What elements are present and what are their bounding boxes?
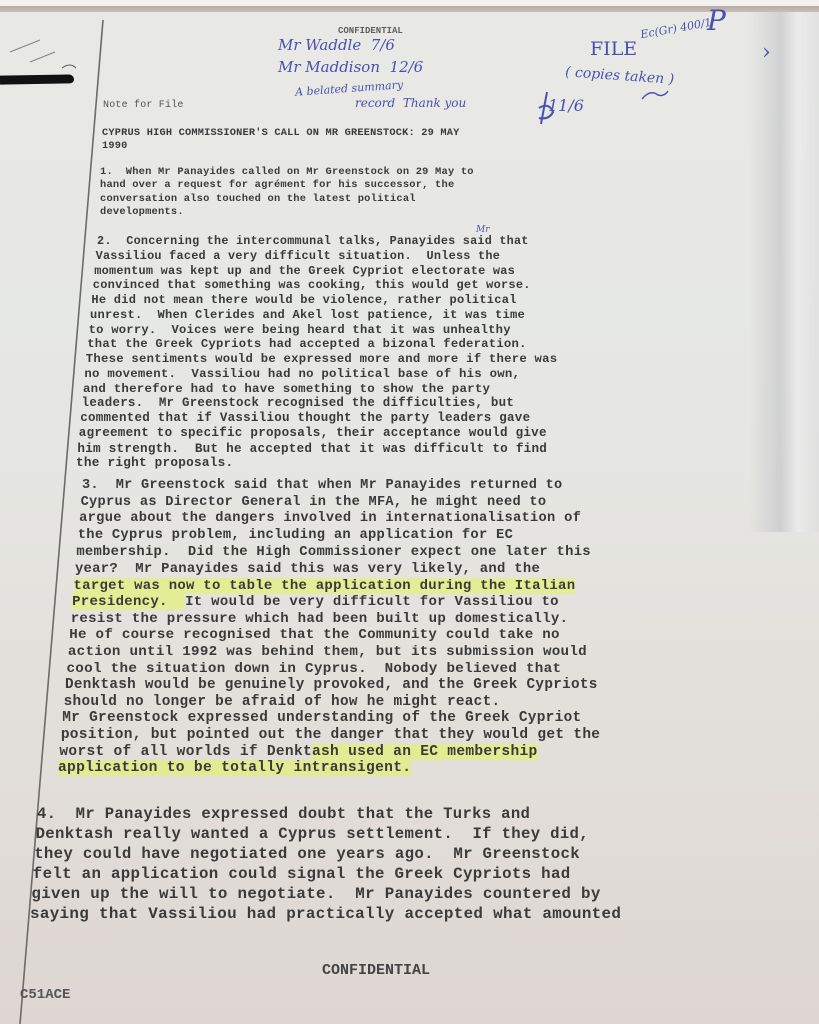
paragraph-2-line: Vassiliou faced a very difficult situati… xyxy=(96,249,500,263)
paragraph-1-line: 1. When Mr Panayides called on Mr Greens… xyxy=(100,166,474,178)
paragraph-3-line: 3. Mr Greenstock said that when Mr Panay… xyxy=(82,478,563,493)
paragraph-2-line: commented that if Vassiliou thought the … xyxy=(80,411,530,425)
black-marker-stroke xyxy=(0,74,74,84)
paragraph-3-line: year? Mr Panayides said this was very li… xyxy=(75,561,540,577)
handwritten-tick-icon xyxy=(640,85,670,105)
paragraph-2-line: agreement to specific proposals, their a… xyxy=(79,426,547,440)
paragraph-4-line: they could have negotiated one years ago… xyxy=(34,845,580,863)
paragraph-2-line: momentum was kept up and the Greek Cypri… xyxy=(94,264,515,278)
note-label: Note for File xyxy=(103,100,184,111)
paragraph-4-line: given up the will to negotiate. Mr Panay… xyxy=(31,885,600,903)
paragraph-3-line: He of course recognised that the Communi… xyxy=(69,627,560,643)
paragraph-4-line: felt an application could signal the Gre… xyxy=(33,865,571,883)
paragraph-3-line: position, but pointed out the danger tha… xyxy=(61,727,601,743)
handwritten-p-mark: P xyxy=(707,4,726,37)
handwritten-distribution-1: Mr Waddle 7/6 xyxy=(278,36,395,54)
paragraph-3-line: resist the pressure which had been built… xyxy=(71,611,569,627)
header-classification: CONFIDENTIAL xyxy=(338,26,403,36)
handwritten-file-mark: FILE xyxy=(590,38,637,60)
handwritten-note-2: record Thank you xyxy=(355,96,466,110)
paragraph-3-line: should no longer be afraid of how he mig… xyxy=(64,694,501,710)
paragraph-3-line: Cyprus as Director General in the MFA, h… xyxy=(81,495,547,510)
paragraph-2-line: the right proposals. xyxy=(76,455,233,470)
paragraph-4-line: Denktash really wanted a Cyprus settleme… xyxy=(36,825,589,843)
paragraph-3-line: worst of all worlds if Denktash used an … xyxy=(59,744,537,760)
paragraph-4-line: 4. Mr Panayides expressed doubt that the… xyxy=(37,805,530,823)
highlighted-text: target was now to table the application … xyxy=(74,578,576,594)
paragraph-3-line: action until 1992 was behind them, but i… xyxy=(68,644,587,660)
paragraph-2-line: and therefore had to have something to s… xyxy=(83,382,490,396)
paragraph-3-line: Presidency. It would be very difficult f… xyxy=(72,594,559,610)
paragraph-3-line: cool the situation down in Cyprus. Nobod… xyxy=(66,661,561,677)
highlighted-text: application to be totally intransigent. xyxy=(58,760,411,776)
paragraph-1-line: developments. xyxy=(100,206,184,218)
highlighted-text: ash used an EC membership xyxy=(312,744,538,760)
paragraph-2-line: that the Greek Cypriots had accepted a b… xyxy=(87,337,526,351)
paragraph-3-line: argue about the dangers involved in inte… xyxy=(79,511,581,526)
paragraph-3-line: Mr Greenstock expressed understanding of… xyxy=(62,710,581,726)
paragraph-3-line: membership. Did the High Commissioner ex… xyxy=(76,544,591,560)
paragraph-1-line: conversation also touched on the latest … xyxy=(100,193,416,205)
handwritten-arrow-mark: › xyxy=(762,40,771,65)
footer-classification: CONFIDENTIAL xyxy=(322,962,430,979)
reference-code: C51ACE xyxy=(20,987,70,1003)
paragraph-3-line: application to be totally intransigent. xyxy=(58,760,411,776)
page-curl-shadow xyxy=(749,12,819,532)
paragraph-2-line: convinced that something was cooking, th… xyxy=(93,278,531,292)
document-title-line-2: 1990 xyxy=(102,140,128,152)
paragraph-2-line: These sentiments would be expressed more… xyxy=(86,352,558,366)
paragraph-2-line: unrest. When Clerides and Akel lost pati… xyxy=(90,308,525,322)
paragraph-3-line: the Cyprus problem, including an applica… xyxy=(78,528,513,543)
paragraph-2-line: him strength. But he accepted that it wa… xyxy=(77,441,547,456)
paragraph-2-line: leaders. Mr Greenstock recognised the di… xyxy=(82,396,514,410)
handwritten-signature-icon xyxy=(535,90,557,130)
paragraph-2-line: He did not mean there would be violence,… xyxy=(91,293,516,307)
paragraph-2-line: to worry. Voices were being heard that i… xyxy=(89,323,511,337)
highlighted-text: Presidency. xyxy=(72,594,185,610)
paragraph-1-line: hand over a request for agrément for his… xyxy=(100,179,454,191)
paragraph-4-line: saying that Vassiliou had practically ac… xyxy=(30,905,621,923)
paragraph-2-line: no movement. Vassiliou had no political … xyxy=(84,367,520,381)
document-title-line-1: CYPRUS HIGH COMMISSIONER'S CALL ON MR GR… xyxy=(102,127,460,139)
handwritten-distribution-2: Mr Maddison 12/6 xyxy=(278,58,423,76)
paragraph-3-line: Denktash would be genuinely provoked, an… xyxy=(65,677,598,693)
paragraph-2-line: 2. Concerning the intercommunal talks, P… xyxy=(97,234,529,248)
paragraph-3-line: target was now to table the application … xyxy=(74,578,576,594)
